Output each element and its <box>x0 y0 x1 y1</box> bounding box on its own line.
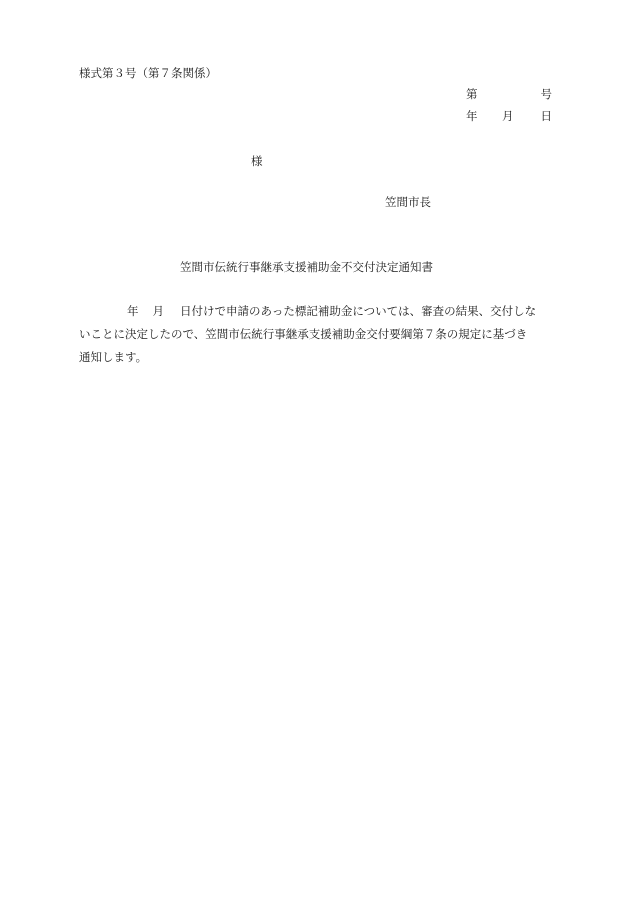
reference-number-line: 第 号 <box>466 89 552 103</box>
date-month-label: 月 <box>502 111 514 123</box>
reference-prefix: 第 <box>466 89 478 101</box>
body-line-3: 通知します。 <box>79 346 553 369</box>
reference-suffix: 号 <box>541 89 553 101</box>
body-line-1: 年月日付けで申請のあった標記補助金については、審査の結果、交付しな <box>79 300 553 323</box>
body-line-1-text: 日付けで申請のあった標記補助金については、審査の結果、交付しな <box>180 304 536 318</box>
date-year-label: 年 <box>466 111 478 123</box>
body-paragraph: 年月日付けで申請のあった標記補助金については、審査の結果、交付しな いことに決定… <box>79 300 553 369</box>
date-day-label: 日 <box>541 111 553 123</box>
body-line-2: いことに決定したので、笠間市伝統行事継承支援補助金交付要綱第７条の規定に基づき <box>79 323 553 346</box>
form-number: 様式第３号（第７条関係） <box>79 68 217 80</box>
sender-name: 笠間市長 <box>385 197 431 209</box>
body-year-label: 年 <box>127 304 139 318</box>
body-month-label: 月 <box>153 304 165 318</box>
issue-date-line: 年 月 日 <box>466 111 552 125</box>
recipient-honorific: 様 <box>251 156 263 168</box>
document-title: 笠間市伝統行事継承支援補助金不交付決定通知書 <box>180 262 433 274</box>
